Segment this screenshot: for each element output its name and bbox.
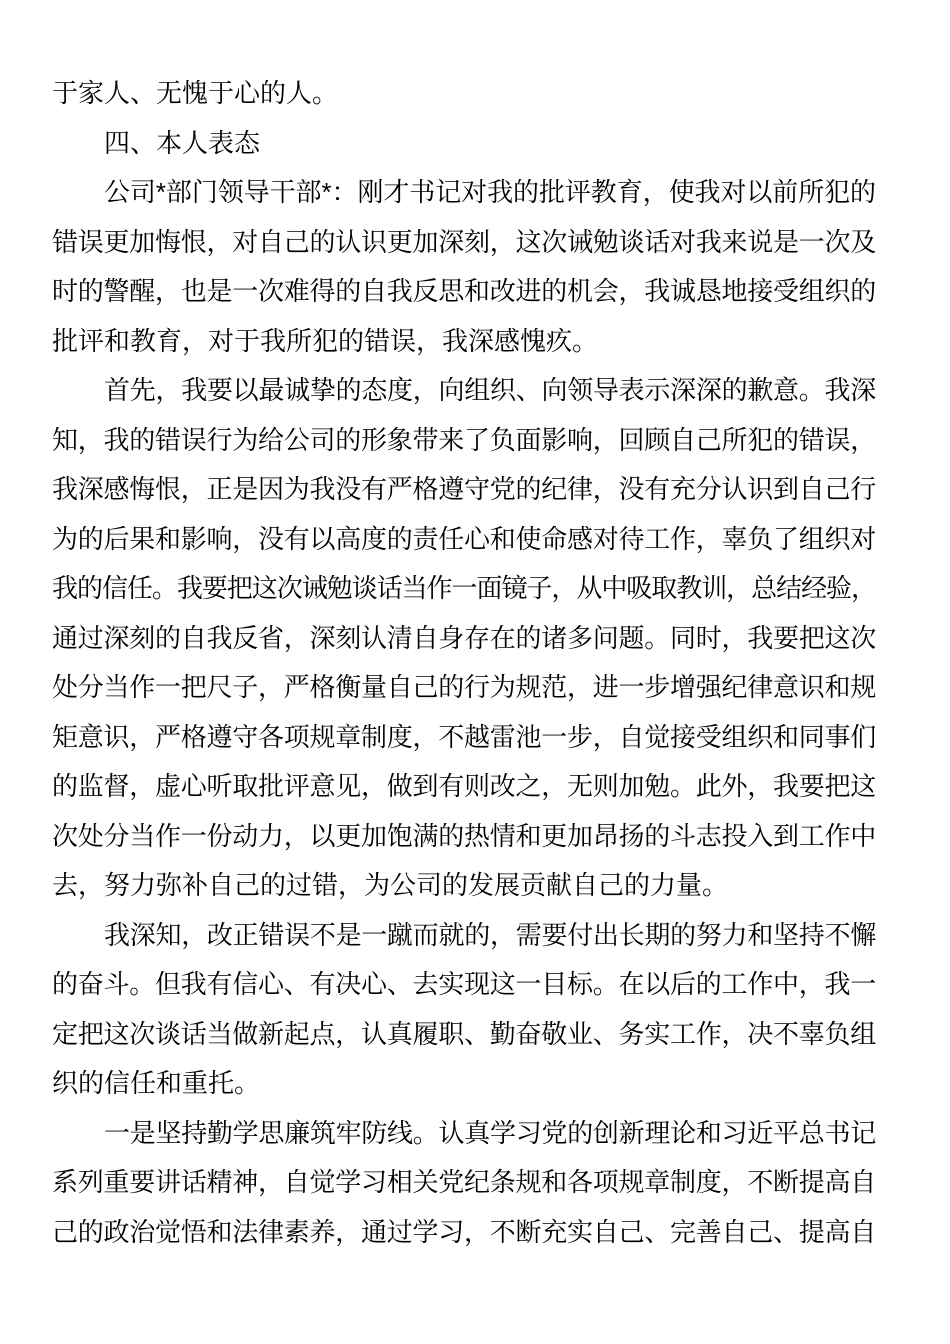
document-line-text: 通过深刻的自我反省，深刻认清自身存在的诸多问题。同时，我要把这次: [52, 623, 876, 653]
document-body: 于家人、无愧于心的人。四、本人表态公司*部门领导干部*：刚才书记对我的批评教育，…: [52, 69, 876, 1257]
document-line: 的奋斗。但我有信心、有决心、去实现这一目标。在以后的工作中，我一: [52, 960, 876, 1010]
document-line-text: 时的警醒，也是一次难得的自我反思和改进的机会，我诚恳地接受组织的: [52, 276, 876, 306]
document-line: 错误更加悔恨，对自己的认识更加深刻，这次诫勉谈话对我来说是一次及: [52, 218, 876, 268]
document-line-text: 公司*部门领导干部*：刚才书记对我的批评教育，使我对以前所犯的: [104, 177, 876, 207]
document-line: 去，努力弥补自己的过错，为公司的发展贡献自己的力量。: [52, 861, 876, 911]
document-line: 处分当作一把尺子，严格衡量自己的行为规范，进一步增强纪律意识和规: [52, 663, 876, 713]
document-line-text: 我深感悔恨，正是因为我没有严格遵守党的纪律，没有充分认识到自己行: [52, 474, 876, 504]
document-line: 系列重要讲话精神，自觉学习相关党纪条规和各项规章制度，不断提高自: [52, 1158, 876, 1208]
document-line-text: 己的政治觉悟和法律素养，通过学习，不断充实自己、完善自己、提高自: [52, 1217, 876, 1247]
document-line: 织的信任和重托。: [52, 1059, 876, 1109]
document-line: 公司*部门领导干部*：刚才书记对我的批评教育，使我对以前所犯的: [52, 168, 876, 218]
document-line-text: 错误更加悔恨，对自己的认识更加深刻，这次诫勉谈话对我来说是一次及: [52, 227, 876, 257]
document-line: 我的信任。我要把这次诫勉谈话当作一面镜子，从中吸取教训，总结经验，: [52, 564, 876, 614]
document-line-text: 首先，我要以最诚挚的态度，向组织、向领导表示深深的歉意。我深: [104, 375, 876, 405]
document-line: 时的警醒，也是一次难得的自我反思和改进的机会，我诚恳地接受组织的: [52, 267, 876, 317]
document-line: 己的政治觉悟和法律素养，通过学习，不断充实自己、完善自己、提高自: [52, 1208, 876, 1258]
document-line-text: 四、本人表态: [104, 128, 260, 158]
document-line-text: 一是坚持勤学思廉筑牢防线。认真学习党的创新理论和习近平总书记: [104, 1118, 876, 1148]
document-line-text: 我的信任。我要把这次诫勉谈话当作一面镜子，从中吸取教训，总结经验，: [52, 573, 876, 603]
document-line-text: 为的后果和影响，没有以高度的责任心和使命感对待工作，辜负了组织对: [52, 524, 876, 554]
document-line: 我深知，改正错误不是一蹴而就的，需要付出长期的努力和坚持不懈: [52, 911, 876, 961]
document-line: 四、本人表态: [52, 119, 876, 169]
document-line-text: 我深知，改正错误不是一蹴而就的，需要付出长期的努力和坚持不懈: [104, 920, 876, 950]
document-line-text: 于家人、无愧于心的人。: [52, 78, 338, 108]
document-line: 通过深刻的自我反省，深刻认清自身存在的诸多问题。同时，我要把这次: [52, 614, 876, 664]
document-line: 一是坚持勤学思廉筑牢防线。认真学习党的创新理论和习近平总书记: [52, 1109, 876, 1159]
document-line-text: 知，我的错误行为给公司的形象带来了负面影响，回顾自己所犯的错误，: [52, 425, 876, 455]
document-line-text: 的监督，虚心听取批评意见，做到有则改之，无则加勉。此外，我要把这: [52, 771, 876, 801]
document-line-text: 系列重要讲话精神，自觉学习相关党纪条规和各项规章制度，不断提高自: [52, 1167, 876, 1197]
document-line: 我深感悔恨，正是因为我没有严格遵守党的纪律，没有充分认识到自己行: [52, 465, 876, 515]
document-line: 知，我的错误行为给公司的形象带来了负面影响，回顾自己所犯的错误，: [52, 416, 876, 466]
document-line-text: 批评和教育，对于我所犯的错误，我深感愧疚。: [52, 326, 598, 356]
document-line-text: 矩意识，严格遵守各项规章制度，不越雷池一步，自觉接受组织和同事们: [52, 722, 876, 752]
document-line: 于家人、无愧于心的人。: [52, 69, 876, 119]
document-line: 定把这次谈话当做新起点，认真履职、勤奋敬业、务实工作，决不辜负组: [52, 1010, 876, 1060]
document-line: 次处分当作一份动力，以更加饱满的热情和更加昂扬的斗志投入到工作中: [52, 812, 876, 862]
document-line-text: 织的信任和重托。: [52, 1068, 260, 1098]
document-line-text: 定把这次谈话当做新起点，认真履职、勤奋敬业、务实工作，决不辜负组: [52, 1019, 876, 1049]
document-line: 首先，我要以最诚挚的态度，向组织、向领导表示深深的歉意。我深: [52, 366, 876, 416]
document-line: 的监督，虚心听取批评意见，做到有则改之，无则加勉。此外，我要把这: [52, 762, 876, 812]
document-line-text: 处分当作一把尺子，严格衡量自己的行为规范，进一步增强纪律意识和规: [52, 672, 876, 702]
document-page: 于家人、无愧于心的人。四、本人表态公司*部门领导干部*：刚才书记对我的批评教育，…: [0, 0, 950, 1344]
document-line: 为的后果和影响，没有以高度的责任心和使命感对待工作，辜负了组织对: [52, 515, 876, 565]
document-line-text: 次处分当作一份动力，以更加饱满的热情和更加昂扬的斗志投入到工作中: [52, 821, 876, 851]
document-line: 矩意识，严格遵守各项规章制度，不越雷池一步，自觉接受组织和同事们: [52, 713, 876, 763]
document-line-text: 去，努力弥补自己的过错，为公司的发展贡献自己的力量。: [52, 870, 728, 900]
document-line: 批评和教育，对于我所犯的错误，我深感愧疚。: [52, 317, 876, 367]
document-line-text: 的奋斗。但我有信心、有决心、去实现这一目标。在以后的工作中，我一: [52, 969, 876, 999]
